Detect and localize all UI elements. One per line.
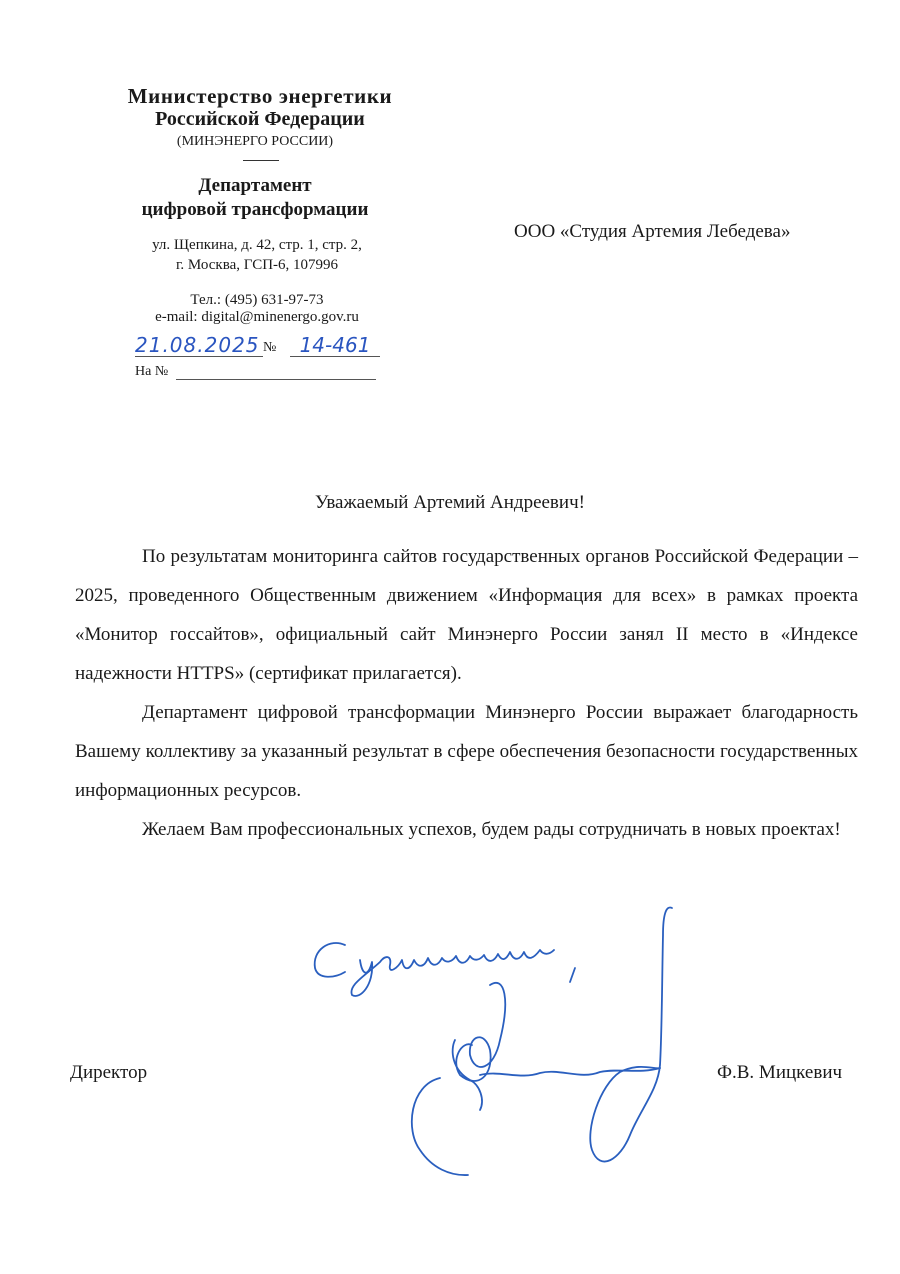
signatory-title: Директор	[70, 1062, 147, 1084]
signatory-name: Ф.В. Мицкевич	[717, 1062, 842, 1084]
